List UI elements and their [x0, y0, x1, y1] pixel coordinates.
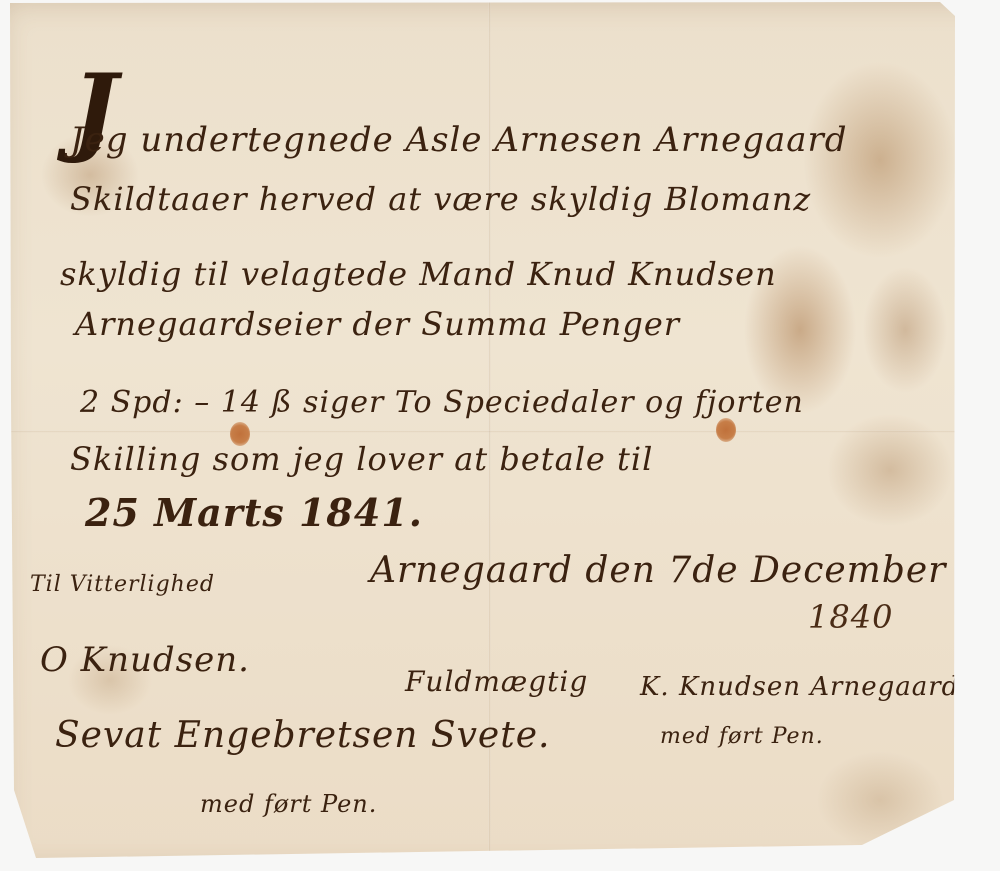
- horizontal-fold-line: [0, 430, 1000, 433]
- body-line-2: Skildtaaer herved at være skyldig Bloman…: [70, 180, 811, 218]
- body-line-5: 2 Spd: – 14 ß siger To Speciedaler og fj…: [80, 385, 804, 420]
- wax-spot: [716, 418, 736, 442]
- body-line-1: Jeg undertegnede Asle Arnesen Arnegaard: [70, 120, 848, 160]
- due-date: 25 Marts 1841.: [85, 490, 423, 535]
- signature-witness-2-note: med ført Pen.: [200, 790, 377, 818]
- document-paper: J Jeg undertegnede Asle Arnesen Arnegaar…: [0, 0, 1000, 871]
- signature-role: Fuldmægtig: [405, 665, 588, 698]
- witness-label: Til Vitterlighed: [30, 572, 215, 597]
- signature-witness-1: O Knudsen.: [40, 640, 250, 680]
- signature-witness-2: Sevat Engebretsen Svete.: [55, 715, 550, 756]
- body-line-3: skyldig til velagtede Mand Knud Knudsen: [60, 255, 777, 293]
- signature-proxy: K. Knudsen Arnegaard: [640, 672, 959, 702]
- body-line-4: Arnegaardseier der Summa Penger: [75, 305, 680, 343]
- place-date: Arnegaard den 7de December: [370, 550, 946, 591]
- signature-proxy-note: med ført Pen.: [660, 724, 824, 749]
- body-line-6: Skilling som jeg lover at betale til: [70, 440, 653, 478]
- year: 1840: [808, 598, 893, 636]
